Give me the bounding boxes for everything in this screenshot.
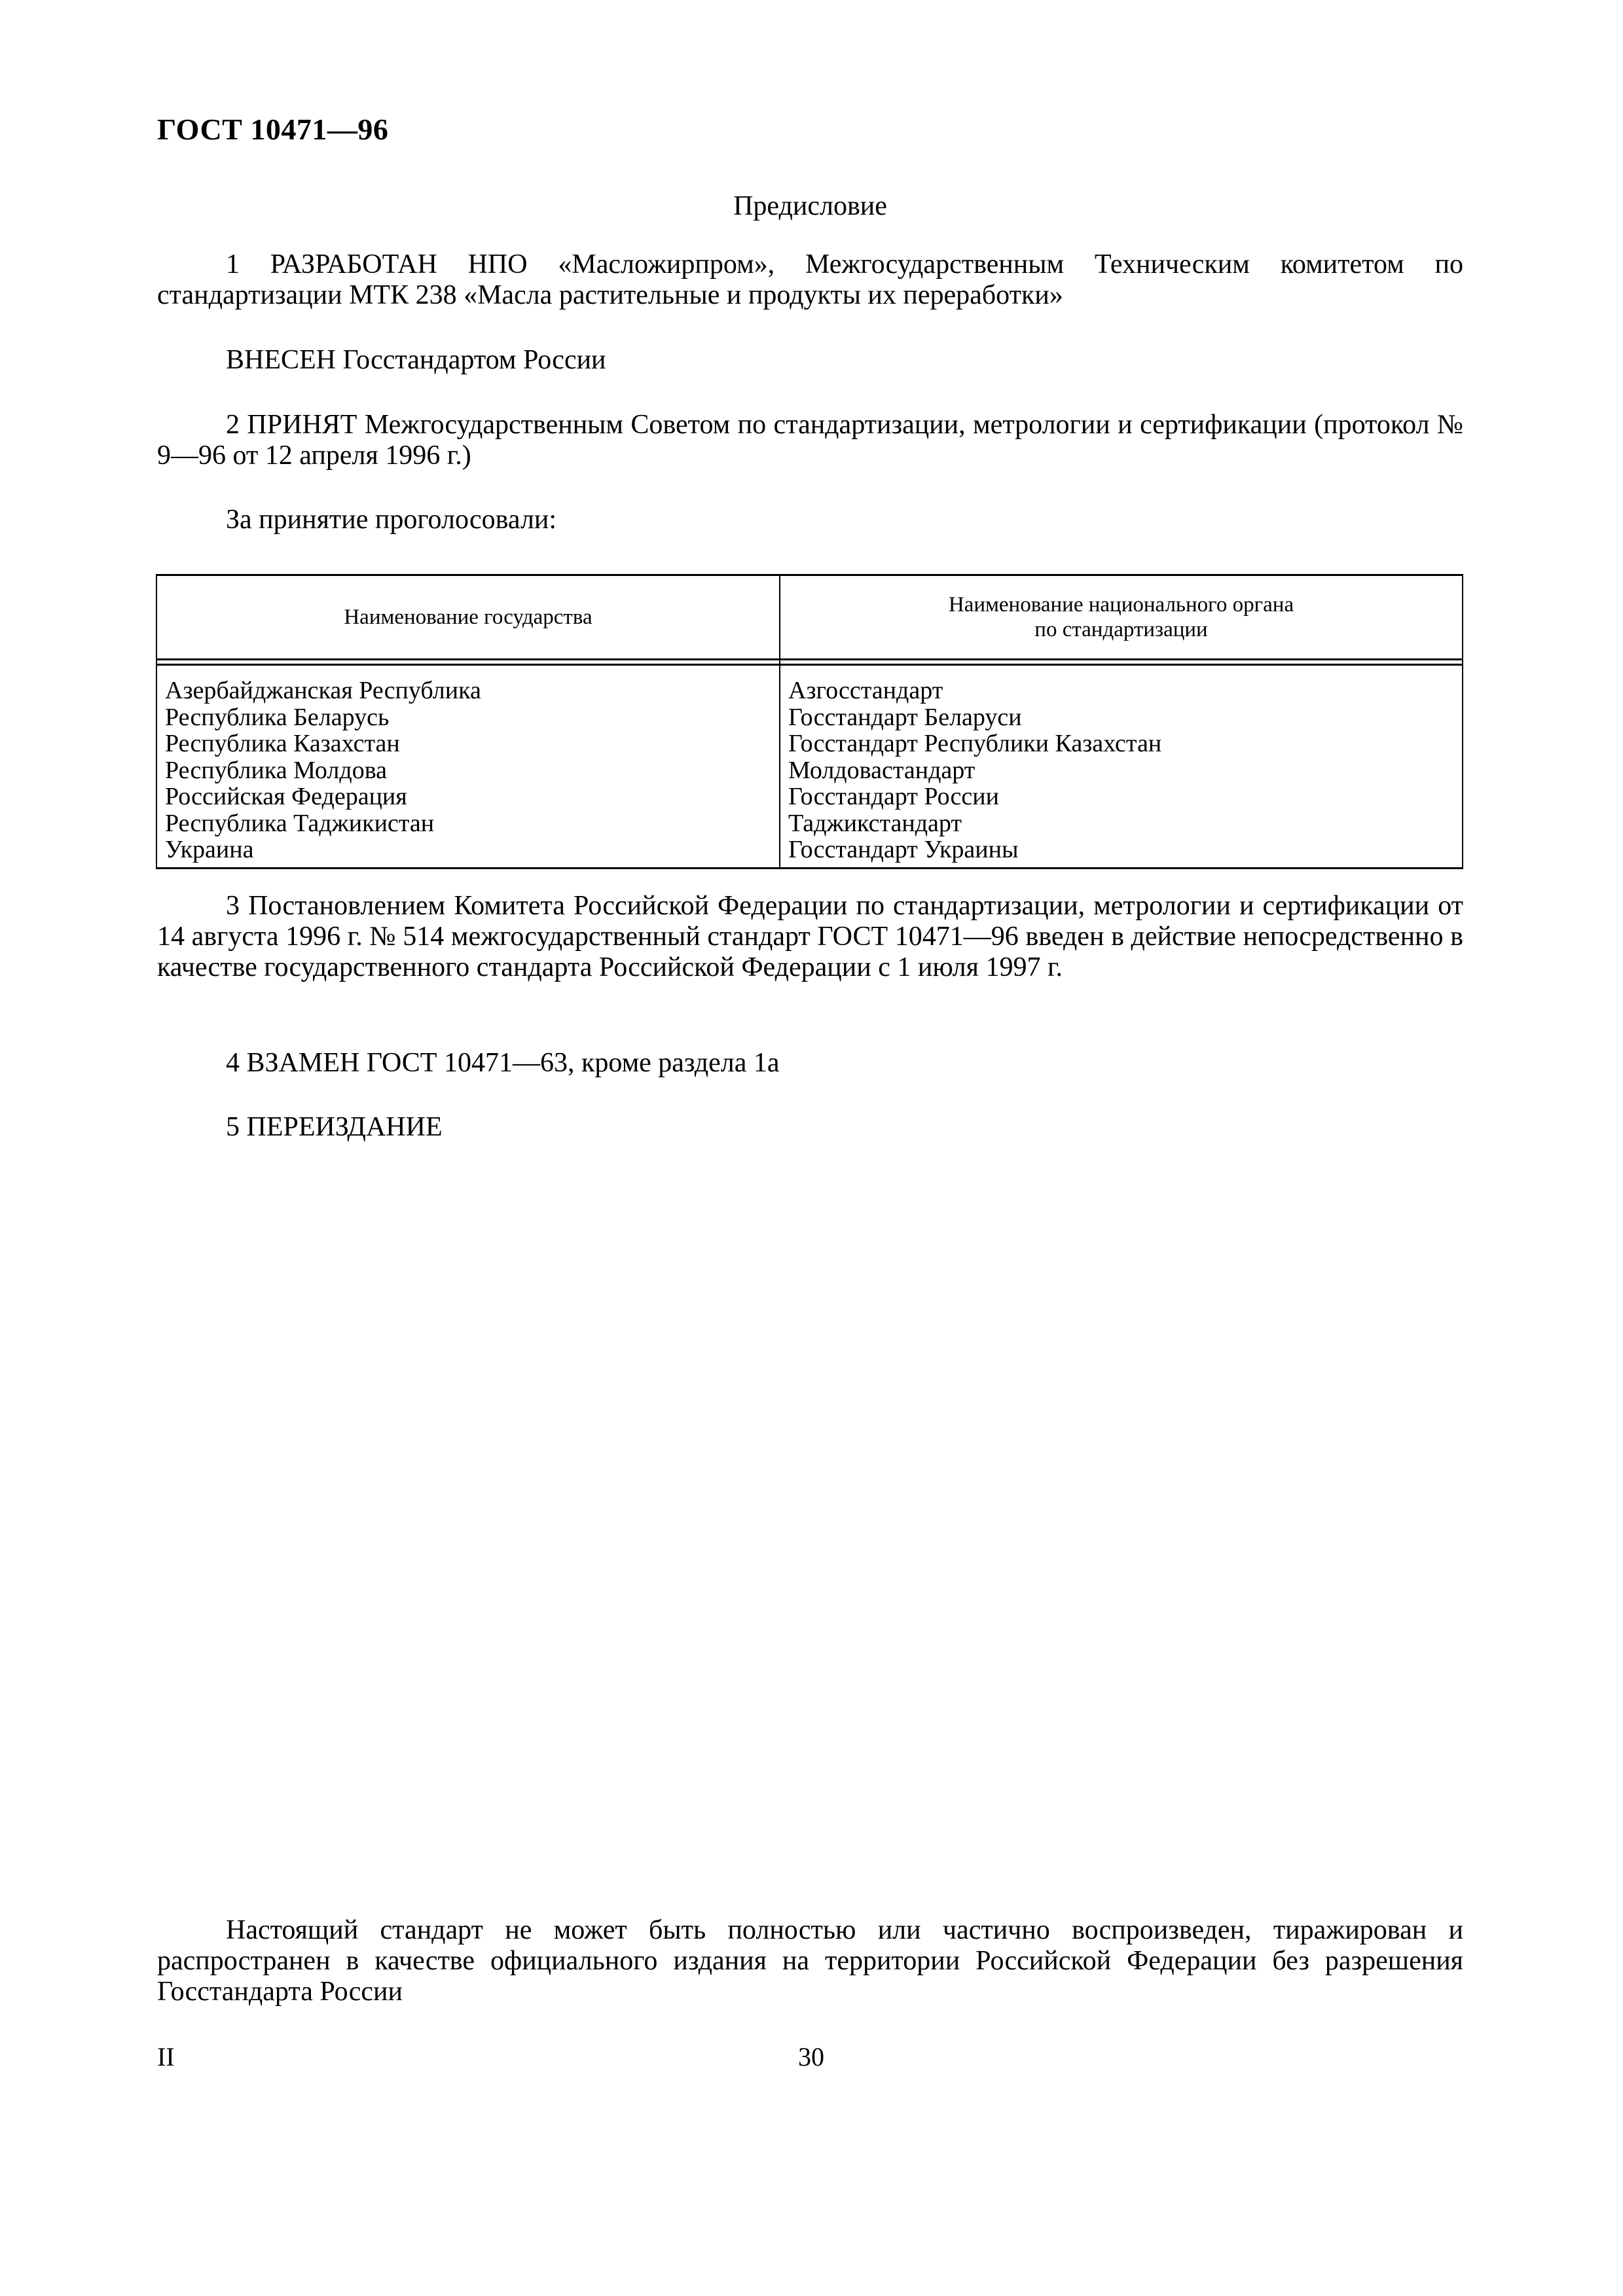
paragraph-1-introduced-by: ВНЕСЕН Госстандартом России [157,345,1463,376]
column-header-body-line2: по стандартизации [1034,618,1207,641]
standards-body-cell: Азгосстандарт [780,665,1463,704]
standards-body-cell: Госстандарт Беларуси [780,704,1463,731]
paragraph-5-reissue: 5 ПЕРЕИЗДАНИЕ [157,1112,1463,1143]
table-header-row: Наименование государства Наименование на… [156,575,1463,660]
section-title: Предисловие [157,190,1463,223]
table-row: Украина Госстандарт Украины [156,836,1463,868]
paragraph-3-enactment: 3 Постановлением Комитета Российской Фед… [157,891,1463,983]
table-row: Азербайджанская Республика Азгосстандарт [156,665,1463,704]
table-row: Республика Беларусь Госстандарт Беларуси [156,704,1463,731]
header-double-rule [156,660,1463,665]
column-header-state-label: Наименование государства [344,605,592,629]
state-cell: Республика Молдова [156,757,780,784]
paragraph-2-adopted-by: 2 ПРИНЯТ Межгосударственным Советом по с… [157,410,1463,471]
standards-body-cell: Госстандарт Украины [780,836,1463,868]
table-row: Республика Молдова Молдовастандарт [156,757,1463,784]
double-rule-cell [780,660,1463,665]
approval-table: Наименование государства Наименование на… [156,574,1463,869]
table-row: Республика Таджикистан Таджикстандарт [156,810,1463,837]
page-number: 30 [798,2042,824,2072]
standards-body-cell: Молдовастандарт [780,757,1463,784]
column-header-body-line1: Наименование национального органа [949,593,1294,617]
state-cell: Республика Беларусь [156,704,780,731]
table-row: Российская Федерация Госстандарт России [156,783,1463,810]
state-cell: Республика Таджикистан [156,810,780,837]
state-cell: Украина [156,836,780,868]
copyright-notice: Настоящий стандарт не может быть полност… [157,1915,1463,2007]
standards-body-cell: Госстандарт Республики Казахстан [780,730,1463,757]
table-row: Республика Казахстан Госстандарт Республ… [156,730,1463,757]
state-cell: Российская Федерация [156,783,780,810]
state-cell: Республика Казахстан [156,730,780,757]
state-cell: Азербайджанская Республика [156,665,780,704]
document-code-header: ГОСТ 10471—96 [157,111,388,148]
standards-body-cell: Таджикстандарт [780,810,1463,837]
column-header-standards-body: Наименование национального органа по ста… [780,575,1463,660]
double-rule-cell [156,660,780,665]
column-header-state: Наименование государства [156,575,780,660]
standards-body-cell: Госстандарт России [780,783,1463,810]
paragraph-1-developed-by: 1 РАЗРАБОТАН НПО «Масложирпром», Межгосу… [157,249,1463,311]
roman-page-marker: II [157,2042,175,2072]
paragraph-4-replaces: 4 ВЗАМЕН ГОСТ 10471—63, кроме раздела 1а [157,1048,1463,1079]
paragraph-2-voted-label: За принятие проголосовали: [157,505,1463,535]
